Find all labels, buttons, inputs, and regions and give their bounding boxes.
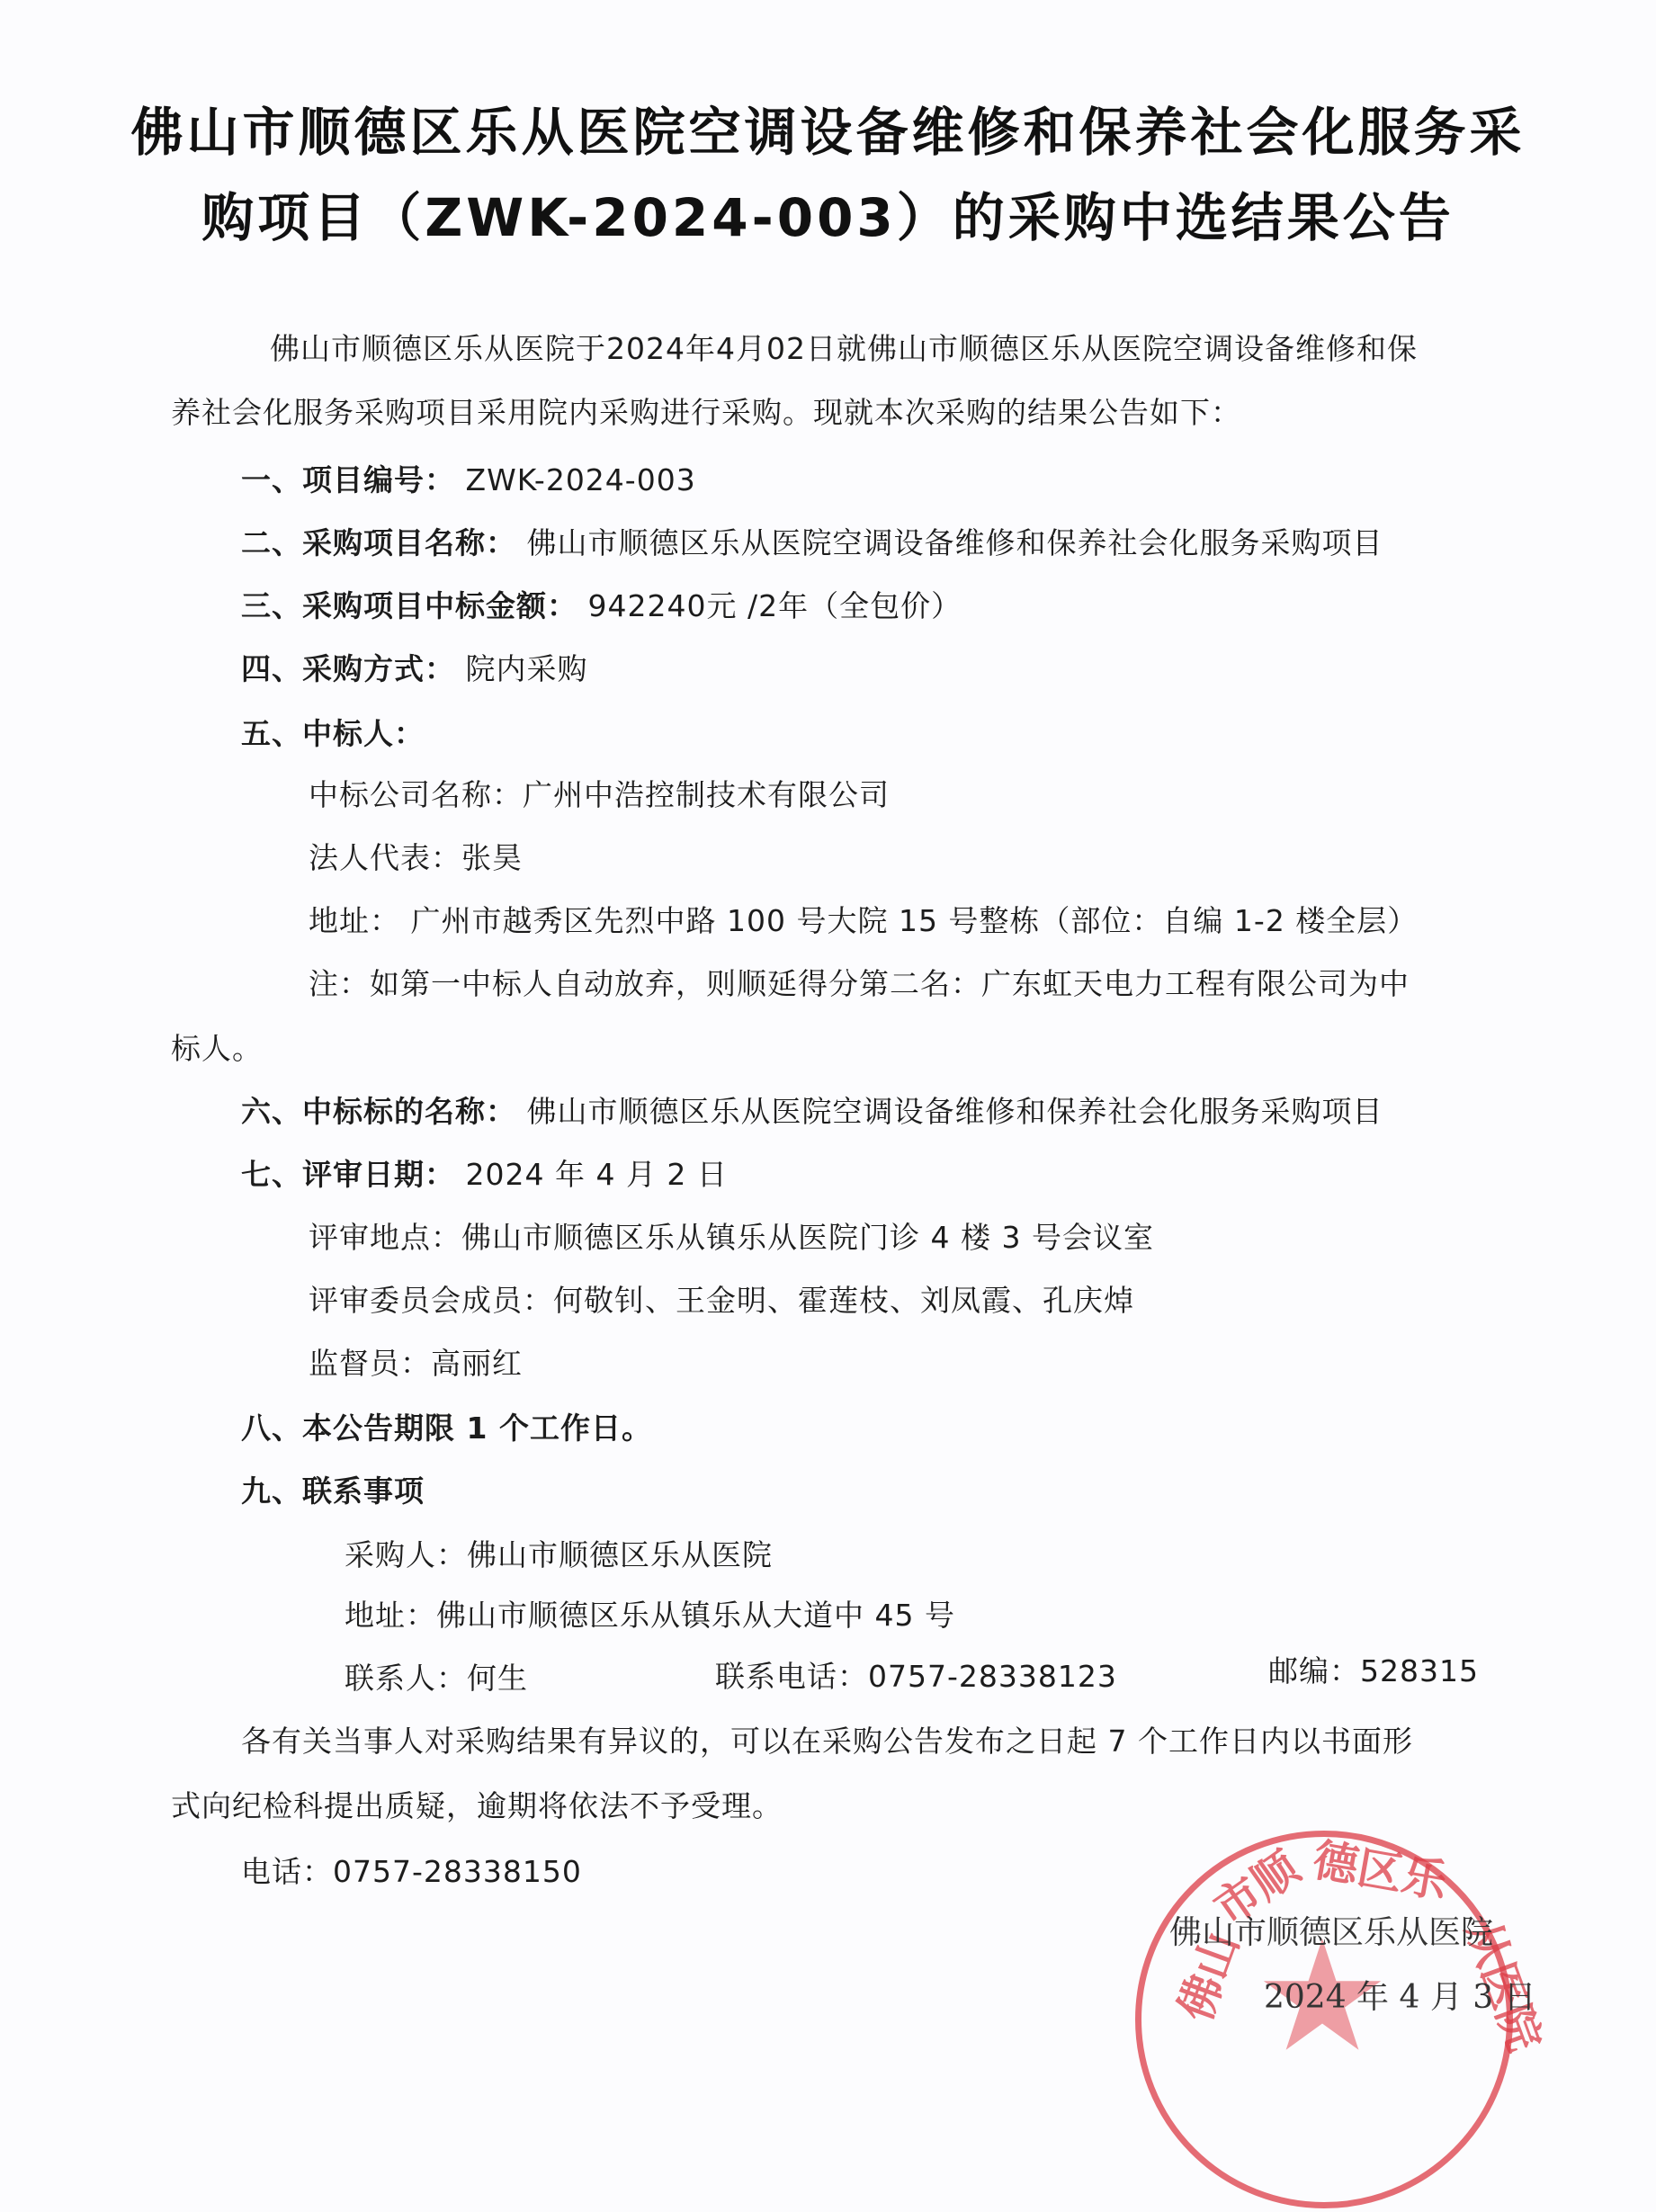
project-number-value: ZWK-2024-003 xyxy=(466,462,696,497)
objection-line-2: 式向纪检科提出质疑，逾期将依法不予受理。 xyxy=(171,1783,783,1825)
purchaser: 采购人：佛山市顺德区乐从医院 xyxy=(345,1532,773,1574)
procurement-method-label: 四、采购方式： xyxy=(241,651,455,686)
purchaser-address: 地址：佛山市顺德区乐从镇乐从大道中 45 号 xyxy=(345,1592,955,1634)
note-line-1: 注：如第一中标人自动放弃，则顺延得分第二名：广东虹天电力工程有限公司为中 xyxy=(309,961,1410,1003)
section-procurement-method: 四、采购方式： 院内采购 xyxy=(241,646,588,688)
section-contact-info: 九、联系事项 xyxy=(241,1468,425,1510)
intro-paragraph-line-1: 佛山市顺德区乐从医院于2024年4月02日就佛山市顺德区乐从医院空调设备维修和保 xyxy=(270,326,1418,368)
signature-organization: 佛山市顺德区乐从医院 xyxy=(1169,1907,1493,1953)
project-name-value: 佛山市顺德区乐从医院空调设备维修和保养社会化服务采购项目 xyxy=(527,525,1383,560)
section-review-date: 七、评审日期： 2024 年 4 月 2 日 xyxy=(241,1151,728,1194)
legal-representative: 法人代表：张昊 xyxy=(309,835,523,877)
section-winning-bidder: 五、中标人： xyxy=(241,711,425,753)
project-name-label: 二、采购项目名称： xyxy=(241,525,516,560)
subject-name-label: 六、中标标的名称： xyxy=(241,1094,516,1129)
procurement-method-value: 院内采购 xyxy=(466,651,588,686)
section-project-name: 二、采购项目名称： 佛山市顺德区乐从医院空调设备维修和保养社会化服务采购项目 xyxy=(241,520,1383,562)
review-location: 评审地点：佛山市顺德区乐从镇乐从医院门诊 4 楼 3 号会议室 xyxy=(309,1214,1154,1257)
bid-amount-value: 942240元 /2年（全包价） xyxy=(588,588,962,623)
note-line-2: 标人。 xyxy=(171,1025,263,1068)
document-title-line-1: 佛山市顺德区乐从医院空调设备维修和保养社会化服务采 xyxy=(0,90,1656,166)
review-date-label: 七、评审日期： xyxy=(241,1157,455,1192)
project-number-label: 一、项目编号： xyxy=(241,462,455,497)
intro-paragraph-line-2: 养社会化服务采购项目采用院内采购进行采购。现就本次采购的结果公告如下： xyxy=(171,390,1241,432)
bid-amount-label: 三、采购项目中标金额： xyxy=(241,588,577,623)
subject-name-value: 佛山市顺德区乐从医院空调设备维修和保养社会化服务采购项目 xyxy=(527,1094,1383,1129)
postcode: 邮编：528315 xyxy=(1268,1648,1479,1690)
document-title-line-2: 购项目（ZWK-2024-003）的采购中选结果公告 xyxy=(0,175,1656,251)
contact-person: 联系人：何生 xyxy=(345,1655,528,1697)
review-committee: 评审委员会成员：何敬钊、王金明、霍莲枝、刘凤霞、孔庆焯 xyxy=(309,1277,1134,1320)
section-subject-name: 六、中标标的名称： 佛山市顺德区乐从医院空调设备维修和保养社会化服务采购项目 xyxy=(241,1088,1383,1131)
supervisor: 监督员：高丽红 xyxy=(309,1340,523,1383)
contact-phone: 联系电话：0757-28338123 xyxy=(715,1653,1117,1696)
objection-phone: 电话：0757-28338150 xyxy=(241,1849,582,1891)
winning-company-address: 地址： 广州市越秀区先烈中路 100 号大院 15 号整栋（部位：自编 1-2 … xyxy=(309,898,1418,940)
winning-company-name: 中标公司名称：广州中浩控制技术有限公司 xyxy=(309,772,890,814)
review-date-value: 2024 年 4 月 2 日 xyxy=(466,1157,728,1192)
signature-date: 2024 年 4 月 3 日 xyxy=(1264,1972,1536,2018)
section-bid-amount: 三、采购项目中标金额： 942240元 /2年（全包价） xyxy=(241,583,962,625)
objection-line-1: 各有关当事人对采购结果有异议的，可以在采购公告发布之日起 7 个工作日内以书面形 xyxy=(241,1718,1413,1760)
section-notice-period: 八、本公告期限 1 个工作日。 xyxy=(241,1405,652,1447)
section-project-number: 一、项目编号： ZWK-2024-003 xyxy=(241,457,696,499)
